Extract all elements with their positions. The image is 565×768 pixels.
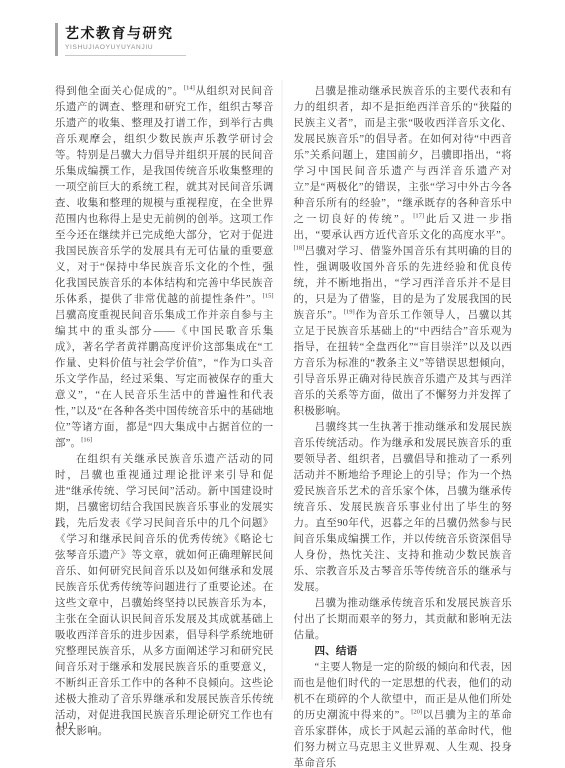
left-text-column: 得到他全面关心促成的”。[14]从组织对民间音乐遗产的调查、整理和研究工作，组织… bbox=[55, 84, 274, 768]
citation-ref: [19] bbox=[344, 309, 355, 316]
paragraph: 吕骥是推动继承民族音乐的主要代表和有力的组织者，却不是拒绝西洋音乐的“狭隘的民族… bbox=[294, 84, 513, 420]
masthead: 艺术教育与研究 YISHUJIAOYUYUYANJIU bbox=[55, 23, 186, 56]
paragraph: 在组织有关继承民族音乐遗产活动的同时，吕骥也重视通过理论批评来引导和促进“继承传… bbox=[55, 452, 274, 740]
masthead-accent-bar bbox=[55, 23, 58, 56]
section-heading: 四、结语 bbox=[294, 644, 513, 660]
masthead-text-block: 艺术教育与研究 YISHUJIAOYUYUYANJIU bbox=[65, 23, 186, 56]
paragraph: 吕骥为推动继承传统音乐和发展民族音乐付出了长期而艰辛的努力，其贡献和影响无法估量… bbox=[294, 596, 513, 644]
journal-section-title: 艺术教育与研究 bbox=[65, 27, 174, 43]
paragraph: “主要人物是一定的阶级的倾向和代表，因而也是他们时代的一定思想的代表，他们的动机… bbox=[294, 660, 513, 768]
article-body: 得到他全面关心促成的”。[14]从组织对民间音乐遗产的调查、整理和研究工作，组织… bbox=[55, 84, 512, 768]
citation-ref: [14] bbox=[184, 85, 195, 92]
citation-ref: [15] bbox=[263, 293, 274, 300]
journal-page: 艺术教育与研究 YISHUJIAOYUYUYANJIU 得到他全面关心促成的”。… bbox=[0, 0, 565, 768]
citation-ref: [20] bbox=[411, 709, 422, 716]
page-number: 102 bbox=[56, 721, 75, 732]
citation-ref: [18] bbox=[294, 245, 305, 252]
paragraph: 得到他全面关心促成的”。[14]从组织对民间音乐遗产的调查、整理和研究工作，组织… bbox=[55, 84, 274, 452]
right-text-column: 吕骥是推动继承民族音乐的主要代表和有力的组织者，却不是拒绝西洋音乐的“狭隘的民族… bbox=[294, 84, 513, 768]
journal-section-title-pinyin: YISHUJIAOYUYUYANJIU bbox=[65, 44, 174, 51]
citation-ref: [16] bbox=[81, 437, 92, 444]
citation-ref: [17] bbox=[413, 213, 424, 220]
paragraph: 吕骥终其一生执著于推动继承和发展民族音乐传统活动。作为继承和发展民族音乐的重要领… bbox=[294, 420, 513, 596]
